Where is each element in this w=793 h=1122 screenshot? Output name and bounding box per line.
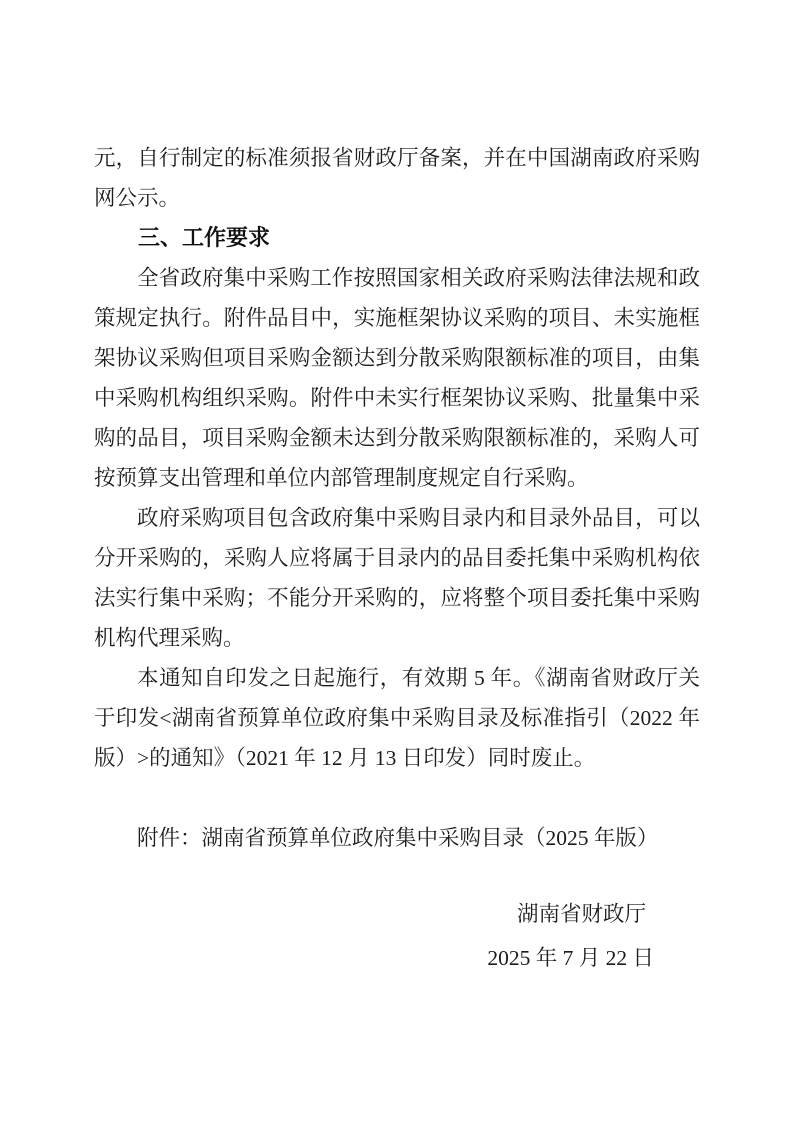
issue-date: 2025 年 7 月 22 日	[94, 936, 700, 980]
paragraph-continuation: 元，自行制定的标准须报省财政厅备案，并在中国湖南政府采购网公示。	[94, 138, 700, 218]
paragraph-body-3: 本通知自印发之日起施行，有效期 5 年。《湖南省财政厅关于印发<湖南省预算单位政…	[94, 658, 700, 778]
paragraph-body-1: 全省政府集中采购工作按照国家相关政府采购法律法规和政策规定执行。附件品目中，实施…	[94, 258, 700, 498]
issuing-authority: 湖南省财政厅	[94, 892, 700, 936]
document-page: 元，自行制定的标准须报省财政厅备案，并在中国湖南政府采购网公示。 三、工作要求 …	[0, 0, 793, 1122]
attachment-line: 附件：湖南省预算单位政府集中采购目录（2025 年版）	[94, 818, 700, 858]
paragraph-body-2: 政府采购项目包含政府集中采购目录内和目录外品目，可以分开采购的，采购人应将属于目…	[94, 498, 700, 658]
section-heading-work-requirements: 三、工作要求	[94, 218, 700, 258]
signature-block: 湖南省财政厅 2025 年 7 月 22 日	[94, 892, 700, 980]
document-body: 元，自行制定的标准须报省财政厅备案，并在中国湖南政府采购网公示。 三、工作要求 …	[94, 138, 700, 980]
